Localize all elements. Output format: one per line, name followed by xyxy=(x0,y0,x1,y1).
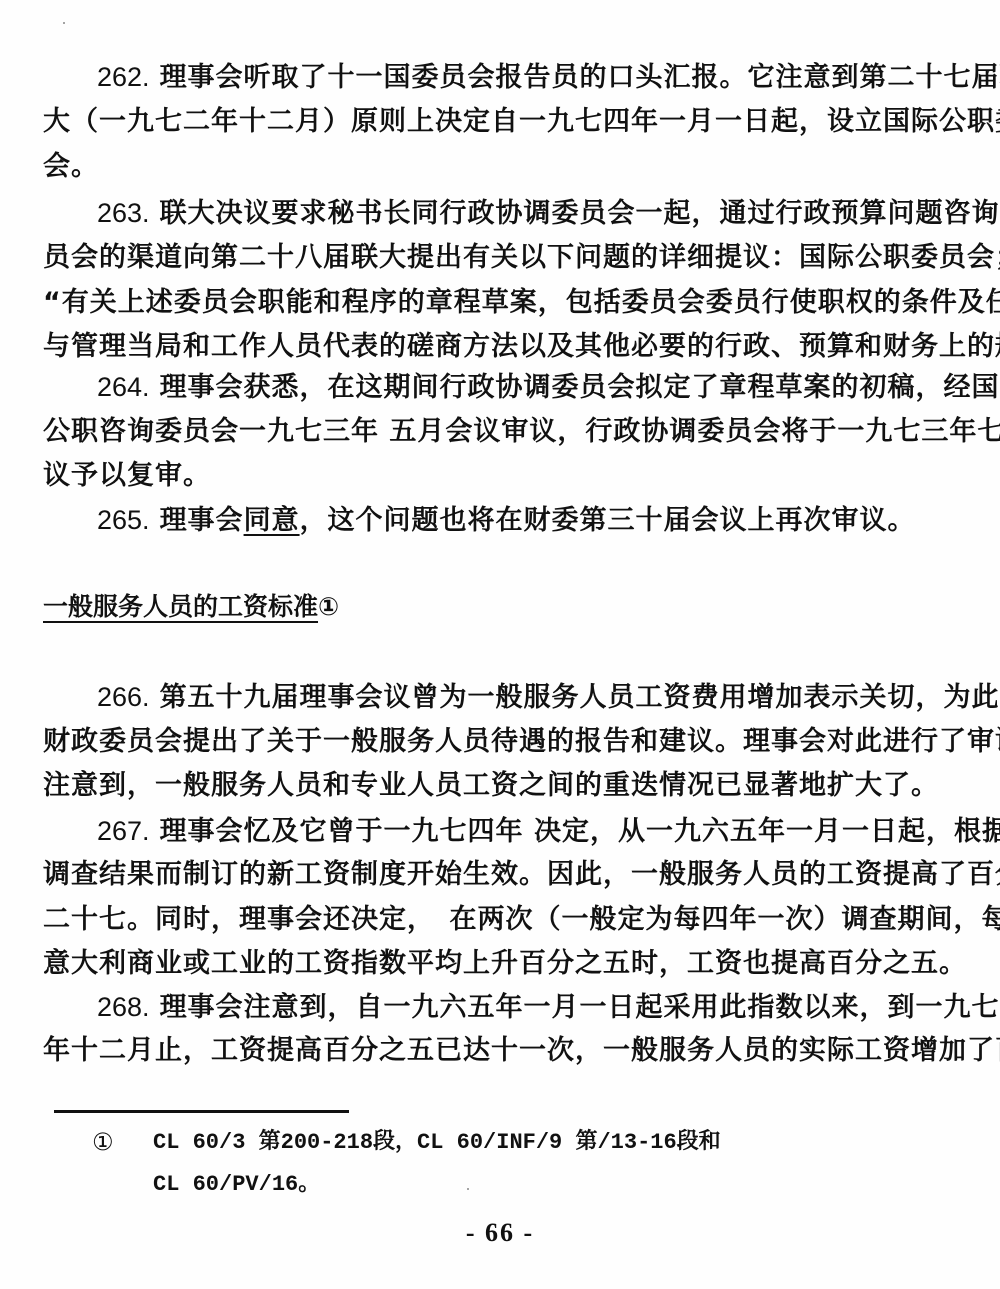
paragraph-262-line-3: 会。 xyxy=(43,150,99,184)
paragraph-text: 第五十九届理事会议曾为一般服务人员工资费用增加表示关切，为此， xyxy=(160,682,1000,713)
paragraph-263-line-3: “有关上述委员会职能和程序的章程草案，包括委员会委员行使职权的条件及任期； xyxy=(43,286,1000,320)
scan-speck xyxy=(63,22,65,24)
paragraph-262-line-1: 262.理事会听取了十一国委员会报告员的口头汇报。它注意到第二十七届联 xyxy=(97,60,1000,95)
paragraph-267-line-4: 意大利商业或工业的工资指数平均上升百分之五时，工资也提高百分之五。 xyxy=(43,947,967,981)
paragraph-263-line-4: 与管理当局和工作人员代表的磋商方法以及其他必要的行政、预算和财务上的规定”。 xyxy=(43,330,1000,364)
paragraph-number: 266. xyxy=(97,682,150,712)
paragraph-266-line-2: 财政委员会提出了关于一般服务人员待遇的报告和建议。理事会对此进行了审议，并 xyxy=(43,725,1000,759)
paragraph-263-line-2: 员会的渠道向第二十八届联大提出有关以下问题的详细提议：国际公职委员会； xyxy=(43,241,1000,275)
underlined-text: 同意 xyxy=(244,505,300,536)
paragraph-text: 理事会获悉，在这期间行政协调委员会拟定了章程草案的初稿，经国际 xyxy=(160,372,1000,403)
paragraph-number: 264. xyxy=(97,372,150,402)
paragraph-text: 理事会 xyxy=(160,505,244,536)
paragraph-number: 265. xyxy=(97,505,150,535)
scan-speck xyxy=(467,1188,469,1190)
paragraph-264-line-3: 议予以复审。 xyxy=(43,459,211,493)
paragraph-265-line-1: 265.理事会同意，这个问题也将在财委第三十届会议上再次审议。 xyxy=(97,503,916,538)
paragraph-268-line-1: 268.理事会注意到，自一九六五年一月一日起采用此指数以来，到一九七二 xyxy=(97,990,1000,1025)
paragraph-number: 262. xyxy=(97,62,150,92)
paragraph-266-line-3: 注意到，一般服务人员和专业人员工资之间的重迭情况已显著地扩大了。 xyxy=(43,769,939,803)
paragraph-264-line-1: 264.理事会获悉，在这期间行政协调委员会拟定了章程草案的初稿，经国际 xyxy=(97,370,1000,405)
paragraph-264-line-2: 公职咨询委员会一九七三年 五月会议审议，行政协调委员会将于一九七三年七月会 xyxy=(43,415,1000,449)
paragraph-267-line-1: 267.理事会忆及它曾于一九七四年 决定，从一九六五年一月一日起，根据工资 xyxy=(97,814,1000,849)
footnote-line-1: CL 60/3 第200-218段，CL 60/INF/9 第/13-16段和 xyxy=(153,1128,721,1158)
paragraph-267-line-2: 调查结果而制订的新工资制度开始生效。因此，一般服务人员的工资提高了百分之 xyxy=(43,858,1000,892)
paragraph-number: 263. xyxy=(97,198,150,228)
footnote-marker-glyph: ① xyxy=(92,1128,114,1156)
paragraph-text: 联大决议要求秘书长同行政协调委员会一起，通过行政预算问题咨询委 xyxy=(160,198,1000,229)
paragraph-263-line-1: 263.联大决议要求秘书长同行政协调委员会一起，通过行政预算问题咨询委 xyxy=(97,196,1000,231)
footnote-reference[interactable]: ① xyxy=(318,592,339,621)
page-number: - 66 - xyxy=(0,1218,1000,1248)
document-page: 262.理事会听取了十一国委员会报告员的口头汇报。它注意到第二十七届联 大（一九… xyxy=(0,0,1000,1289)
paragraph-number: 268. xyxy=(97,992,150,1022)
paragraph-text: 理事会注意到，自一九六五年一月一日起采用此指数以来，到一九七二 xyxy=(160,992,1000,1023)
section-heading-text: 一般服务人员的工资标准 xyxy=(43,592,318,621)
footnote-marker: ① xyxy=(92,1127,114,1160)
paragraph-267-line-3: 二十七。同时，理事会还决定， 在两次（一般定为每四年一次）调查期间，每当 xyxy=(43,903,1000,937)
paragraph-text: ，这个问题也将在财委第三十届会议上再次审议。 xyxy=(300,505,916,536)
paragraph-text: 理事会听取了十一国委员会报告员的口头汇报。它注意到第二十七届联 xyxy=(160,62,1000,93)
footnote-divider xyxy=(54,1110,349,1113)
paragraph-268-line-2: 年十二月止，工资提高百分之五已达十一次，一般服务人员的实际工资增加了百分 xyxy=(43,1034,1000,1068)
footnote-line-2: CL 60/PV/16。 xyxy=(153,1170,320,1200)
paragraph-262-line-2: 大（一九七二年十二月）原则上决定自一九七四年一月一日起，设立国际公职委员 xyxy=(43,105,1000,139)
paragraph-text: 理事会忆及它曾于一九七四年 决定，从一九六五年一月一日起，根据工资 xyxy=(160,816,1000,847)
paragraph-number: 267. xyxy=(97,816,150,846)
paragraph-266-line-1: 266.第五十九届理事会议曾为一般服务人员工资费用增加表示关切，为此， xyxy=(97,680,1000,715)
section-heading: 一般服务人员的工资标准① xyxy=(43,590,339,624)
